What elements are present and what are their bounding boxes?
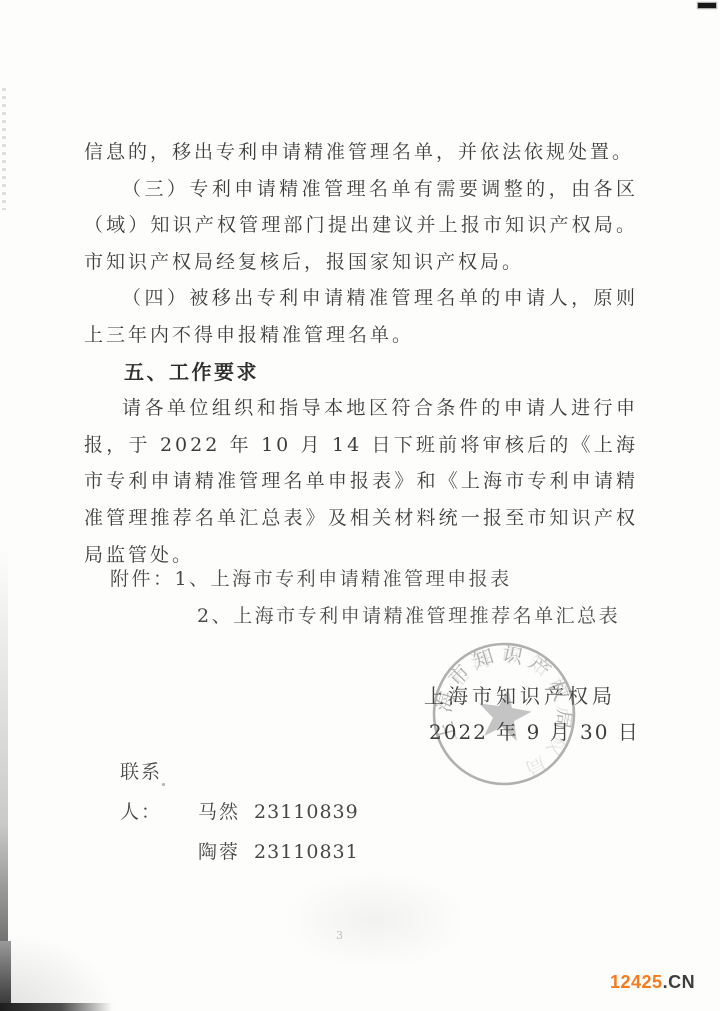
watermark-suffix: .CN xyxy=(663,972,696,992)
body-paragraph-work-requirements: 请各单位组织和指导本地区符合条件的申请人进行申报，于 2022 年 10 月 1… xyxy=(84,390,638,573)
section-heading: 五、工作要求 xyxy=(84,354,638,391)
body-paragraph-continuation: 信息的，移出专利申请精准管理名单，并依法依规处置。 xyxy=(84,134,638,171)
attachment-row-1: 附件：1、上海市专利申请精准管理申报表 xyxy=(110,561,630,598)
scan-artifact-marks xyxy=(2,88,6,210)
contact-phone-2: 23110831 xyxy=(254,841,359,863)
site-watermark: 12425.CN xyxy=(610,972,695,993)
body-paragraph-item-three: （三）专利申请精准管理名单有需要调整的，由各区（域）知识产权管理部门提出建议并上… xyxy=(84,171,638,281)
watermark-number: 12425 xyxy=(610,972,663,992)
scan-corner-dark-left xyxy=(0,941,11,1011)
contact-row-1: 联系人：马然23110839 xyxy=(120,752,359,832)
contact-name-1: 马然 xyxy=(198,792,240,832)
contacts-label: 联系人： xyxy=(120,752,198,832)
signature-date: 2022 年 9 月 30 日 xyxy=(429,716,640,745)
page-number: 3 xyxy=(336,929,344,942)
contact-row-2: 陶蓉23110831 xyxy=(198,832,359,872)
attachment-row-2: 2、上海市专利申请精准管理推荐名单汇总表 xyxy=(197,598,630,635)
attachments-block: 附件：1、上海市专利申请精准管理申报表 2、上海市专利申请精准管理推荐名单汇总表 xyxy=(110,561,630,635)
document-body: 信息的，移出专利申请精准管理名单，并依法依规处置。 （三）专利申请精准管理名单有… xyxy=(84,134,638,573)
scanned-document-page: 信息的，移出专利申请精准管理名单，并依法依规处置。 （三）专利申请精准管理名单有… xyxy=(0,0,720,1011)
scan-corner-dark-bottom xyxy=(0,1003,112,1011)
scan-artifact-dash xyxy=(698,3,716,8)
attachment-item-1: 1、上海市专利申请精准管理申报表 xyxy=(175,568,512,590)
scan-edge-shadow xyxy=(0,550,8,941)
contact-phone-1: 23110839 xyxy=(254,801,359,823)
contacts-block: 联系人：马然23110839 陶蓉23110831 xyxy=(120,752,359,872)
scan-speck xyxy=(162,783,165,786)
attachments-label: 附件： xyxy=(110,568,175,590)
contact-name-2: 陶蓉 xyxy=(198,832,240,872)
signature-issuer: 上海市知识产权局 xyxy=(424,680,616,709)
attachment-item-2: 2、上海市专利申请精准管理推荐名单汇总表 xyxy=(197,605,620,627)
body-paragraph-item-four: （四）被移出专利申请精准管理名单的申请人，原则上三年内不得申报精准管理名单。 xyxy=(84,280,638,353)
